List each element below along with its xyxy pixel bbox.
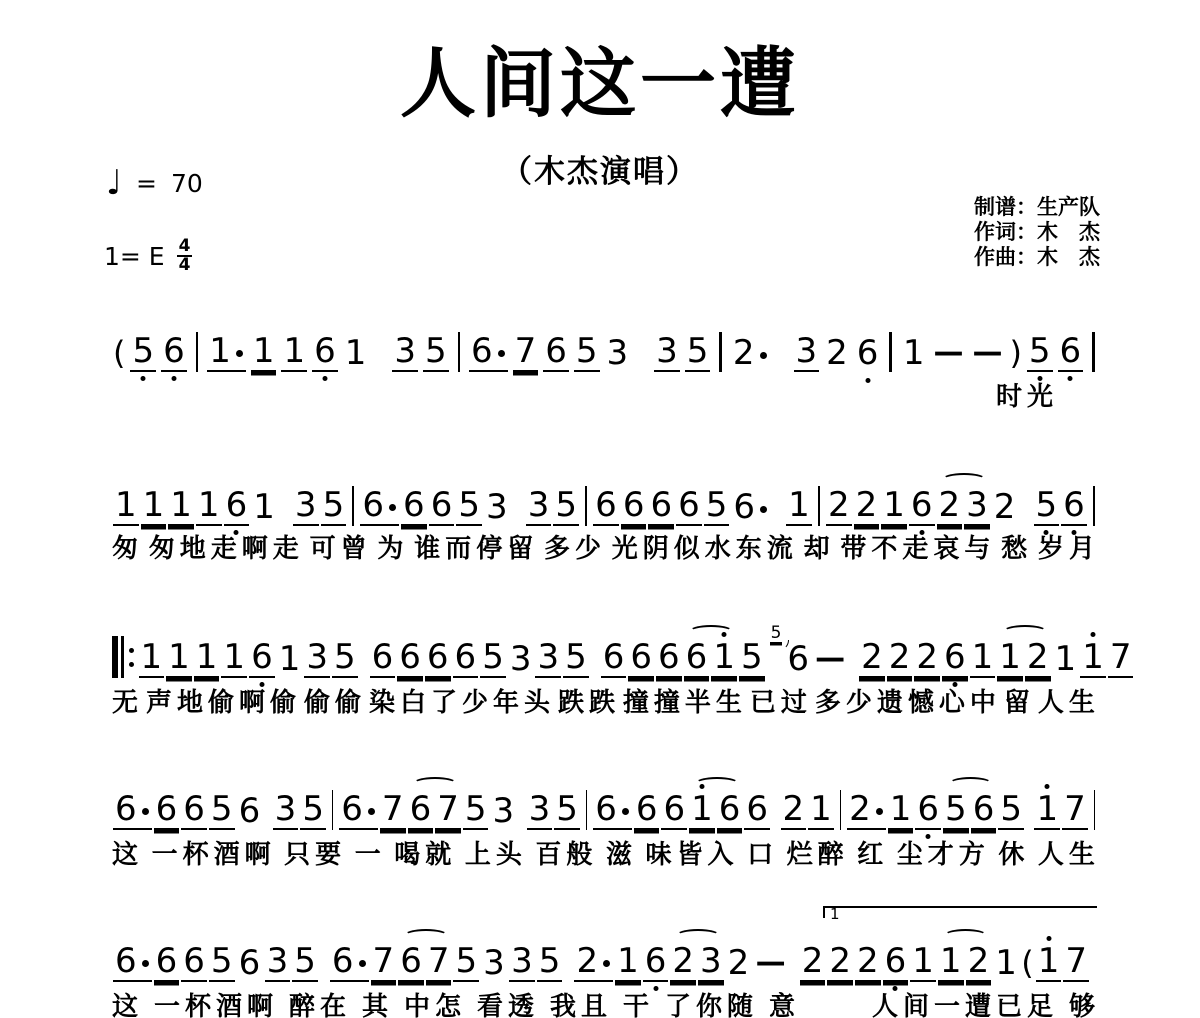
beat-gap bbox=[263, 828, 271, 830]
note: 6 bbox=[593, 790, 632, 830]
note: 6 bbox=[915, 790, 941, 830]
note: 1 bbox=[888, 790, 914, 830]
note: 6 bbox=[593, 486, 619, 526]
slur-group: 23 bbox=[669, 942, 724, 982]
lyrics-line-5: 这一杯酒啊醉在其中怎看透我且干了你随意人间一遭已足够 bbox=[112, 986, 1100, 1018]
note: 5 bbox=[480, 638, 506, 678]
note: 6 bbox=[621, 486, 647, 526]
first-ending-label: 1 bbox=[830, 906, 840, 922]
note: 6 bbox=[717, 790, 743, 830]
lyric-word: 意 bbox=[769, 986, 800, 1018]
augmentation-dot bbox=[622, 808, 629, 815]
lyric-word: 滋 bbox=[606, 834, 637, 871]
note: 3 bbox=[484, 488, 510, 526]
note: 5 bbox=[332, 638, 358, 678]
note: 6 bbox=[744, 790, 770, 830]
note: 6 bbox=[224, 486, 250, 526]
note: 2 bbox=[914, 638, 940, 678]
augmentation-dot bbox=[760, 352, 767, 359]
barline bbox=[352, 486, 354, 526]
note: 1 bbox=[970, 638, 996, 678]
note: 5 bbox=[943, 790, 969, 830]
augmentation-dot bbox=[876, 808, 883, 815]
note: 5 bbox=[300, 790, 326, 830]
slur-group: 56 bbox=[942, 790, 997, 830]
note: 6 bbox=[360, 486, 399, 526]
note: 1 bbox=[168, 486, 194, 526]
song-title: 人间这一遭 bbox=[0, 42, 1200, 126]
note: 7 bbox=[513, 332, 539, 372]
note: 6 bbox=[370, 638, 396, 678]
notation-text: ) bbox=[1008, 334, 1022, 372]
barline bbox=[458, 332, 461, 372]
credits-block: 制谱：生产队 作词：木 杰 作曲：木 杰 bbox=[974, 195, 1100, 270]
note: 6 bbox=[181, 942, 207, 982]
note: 2 bbox=[992, 488, 1018, 526]
note: 5 bbox=[563, 638, 589, 678]
beat-gap bbox=[1018, 524, 1032, 526]
repeat-start-sign bbox=[112, 636, 134, 678]
note: 2 bbox=[937, 486, 963, 526]
lyric-word: 醉在 bbox=[289, 986, 351, 1018]
note: 1 bbox=[221, 638, 247, 678]
note: 1 bbox=[207, 332, 246, 372]
lyric-word: 烂醉 bbox=[787, 834, 849, 871]
high-octave-dot bbox=[699, 784, 704, 789]
note: 1 bbox=[1036, 942, 1062, 982]
note: 5 bbox=[130, 332, 156, 372]
note: 5 bbox=[685, 332, 711, 372]
lyric-word: 匆地走啊走 bbox=[149, 528, 304, 565]
credit-composer: 作曲：木 杰 bbox=[974, 245, 1100, 270]
note: 2 bbox=[800, 942, 826, 982]
note: 3 bbox=[273, 790, 299, 830]
note: 6 bbox=[1058, 332, 1084, 372]
quarter-note-icon: ♩ bbox=[106, 168, 122, 198]
note: 2 bbox=[726, 944, 752, 982]
note: 1 bbox=[808, 790, 834, 830]
barline bbox=[1093, 486, 1095, 526]
note: 5 bbox=[463, 790, 489, 830]
lyric-word: 够 bbox=[1069, 986, 1100, 1018]
note: 6 bbox=[425, 638, 451, 678]
note: 3 bbox=[508, 640, 534, 678]
note: 2 bbox=[847, 790, 886, 830]
note: 6 bbox=[398, 942, 424, 982]
note: 6 bbox=[634, 790, 660, 830]
note: 1 bbox=[938, 942, 964, 982]
lyric-word: 匆 bbox=[112, 528, 143, 565]
lyric-word: 岁月 bbox=[1038, 528, 1100, 565]
notation-text: ( bbox=[1020, 944, 1034, 982]
lyrics-line-4: 这一杯酒啊只要一喝就上头百般滋味皆入口烂醉红尘才方休人生 bbox=[112, 834, 1100, 871]
note: 5 bbox=[1034, 486, 1060, 526]
note: 7 bbox=[1063, 942, 1089, 982]
note: 3 bbox=[392, 332, 418, 372]
note: 6 bbox=[181, 790, 207, 830]
note: 2 bbox=[670, 942, 696, 982]
note: 1 bbox=[689, 790, 715, 830]
note: 6 bbox=[237, 944, 263, 982]
lyric-word: 味皆入 bbox=[646, 834, 739, 871]
note: 6 bbox=[648, 486, 674, 526]
note: 6 bbox=[543, 332, 569, 372]
note: 3 bbox=[490, 792, 516, 830]
note: 1 bbox=[166, 638, 192, 678]
lyric-word: 声地偷啊偷 bbox=[146, 682, 301, 719]
note: 5 bbox=[453, 942, 479, 982]
augmentation-dot bbox=[498, 350, 505, 357]
note: 6 bbox=[397, 638, 423, 678]
barline bbox=[1092, 332, 1095, 372]
note: 2 bbox=[827, 942, 853, 982]
lyric-word: 多少遗憾心中 bbox=[815, 682, 1001, 719]
note: 6 bbox=[154, 790, 180, 830]
beat-gap bbox=[511, 524, 525, 526]
lyric-word: 中怎 bbox=[404, 986, 466, 1018]
augmentation-dot bbox=[603, 960, 610, 967]
note: 1 bbox=[711, 638, 737, 678]
barline bbox=[332, 790, 333, 830]
note: 5 bbox=[209, 790, 235, 830]
notation-line-4: 6665635676753356661662121656517 bbox=[112, 782, 1100, 830]
note: 6 bbox=[161, 332, 187, 372]
note: 6 bbox=[312, 332, 338, 372]
note: 1 bbox=[139, 638, 165, 678]
lyric-word: 休 bbox=[998, 834, 1029, 871]
tempo-equals: = bbox=[136, 169, 157, 198]
note: 6 bbox=[429, 486, 455, 526]
note: 7 bbox=[380, 790, 406, 830]
lyric-word: 愁 bbox=[1001, 528, 1032, 565]
lyric-word: 其 bbox=[362, 986, 393, 1018]
note: 2 bbox=[887, 638, 913, 678]
note: 6 bbox=[249, 638, 275, 678]
lyric-word: 多少 bbox=[544, 528, 606, 565]
notation-line-1: (561116135676533523261——)56 bbox=[112, 324, 1100, 372]
note: 6 bbox=[113, 942, 152, 982]
note: 5 bbox=[292, 942, 318, 982]
note: 1 bbox=[251, 332, 277, 372]
high-octave-dot bbox=[1045, 784, 1050, 789]
note: 5 bbox=[1027, 332, 1053, 372]
note: 1 bbox=[1080, 638, 1106, 678]
lyric-word: 人生 bbox=[1038, 682, 1100, 719]
note: 1 bbox=[615, 942, 641, 982]
beat-gap bbox=[1025, 828, 1033, 830]
lyric-word: 口 bbox=[747, 834, 778, 871]
note: 7 bbox=[371, 942, 397, 982]
note: 6 bbox=[628, 638, 654, 678]
note: 1 bbox=[786, 486, 812, 526]
note: 7 bbox=[1062, 790, 1088, 830]
note: 6 bbox=[676, 486, 702, 526]
slur-group: 23 bbox=[936, 486, 991, 526]
barline bbox=[818, 486, 820, 526]
note: 3 bbox=[526, 486, 552, 526]
augmentation-dot bbox=[142, 808, 149, 815]
slur-group: 12 bbox=[937, 942, 992, 982]
note: 6 bbox=[401, 486, 427, 526]
time-signature: 4 4 bbox=[177, 238, 193, 274]
note: 6 bbox=[971, 790, 997, 830]
note: 1 bbox=[141, 486, 167, 526]
note: 6 bbox=[339, 790, 378, 830]
dash-note: — bbox=[812, 640, 848, 678]
lyric-word: 只要 bbox=[284, 834, 346, 871]
note: 1 bbox=[901, 334, 927, 372]
lyric-word: 干 bbox=[623, 986, 654, 1018]
lyrics-line-3: 无声地偷啊偷偷偷染白了少年头跌跌撞撞半生已过多少遗憾心中留人生 bbox=[112, 682, 1100, 719]
note: 1 bbox=[343, 334, 369, 372]
note: 6 bbox=[731, 488, 770, 526]
lyric-word: 了你随 bbox=[665, 986, 758, 1018]
key-signature: 1= E 4 4 bbox=[104, 238, 192, 274]
credit-arranger: 制谱：生产队 bbox=[974, 195, 1100, 220]
lyric-word: 可曾 bbox=[310, 528, 372, 565]
lyric-word: 上头 bbox=[465, 834, 527, 871]
note: 3 bbox=[535, 638, 561, 678]
lyric-word: 染白了少年头 bbox=[369, 682, 555, 719]
note: 2 bbox=[859, 638, 885, 678]
note: 1 bbox=[113, 486, 139, 526]
note: 5 bbox=[574, 332, 600, 372]
note: 5 bbox=[998, 790, 1024, 830]
barline bbox=[585, 486, 587, 526]
notation-line-2: 1111613566653356666561221623256 bbox=[112, 478, 1100, 526]
note: 1 bbox=[281, 332, 307, 372]
beat-gap bbox=[372, 370, 388, 372]
lyric-word: 这 bbox=[112, 986, 143, 1018]
note: 3 bbox=[265, 942, 291, 982]
credit-lyricist: 作词：木 杰 bbox=[974, 220, 1100, 245]
lyric-word: 偷偷 bbox=[304, 682, 366, 719]
lyric-word: 时光 bbox=[996, 376, 1058, 413]
lyric-word: 留 bbox=[1004, 682, 1035, 719]
barline bbox=[719, 332, 722, 372]
note: 6 bbox=[408, 790, 434, 830]
note: 1 bbox=[194, 638, 220, 678]
note: 6 bbox=[330, 942, 369, 982]
lyric-word: 人生 bbox=[1038, 834, 1100, 871]
note: 6 bbox=[643, 942, 669, 982]
note: 2 bbox=[574, 942, 613, 982]
note: 5 bbox=[456, 486, 482, 526]
notation-line-5: 666563567675335216232—22261121(171 bbox=[112, 934, 1100, 982]
high-octave-dot bbox=[1046, 936, 1051, 941]
high-octave-dot bbox=[1091, 632, 1096, 637]
note: 3 bbox=[527, 790, 553, 830]
note: 6 bbox=[1061, 486, 1087, 526]
note: 5 bbox=[739, 638, 765, 678]
note: 5 bbox=[423, 332, 449, 372]
sheet-music-page: 人间这一遭 （木杰演唱） ♩ = 70 1= E 4 4 制谱：生产队 作词：木… bbox=[0, 0, 1200, 1018]
lyric-word: 带不走哀与 bbox=[840, 528, 995, 565]
note: 3 bbox=[654, 332, 680, 372]
note: 6 bbox=[855, 334, 881, 372]
notation-line-3: 111161356666533566661556—2226112117 bbox=[112, 630, 1100, 678]
lyric-word: 光阴似水东流 bbox=[612, 528, 798, 565]
note: 5 bbox=[553, 486, 579, 526]
note: 6 bbox=[785, 640, 811, 678]
lyric-word: 人间一遭已足 bbox=[872, 986, 1058, 1018]
lyric-word: 一杯酒啊 bbox=[154, 986, 278, 1018]
augmentation-dot bbox=[142, 960, 149, 967]
beat-gap bbox=[774, 370, 790, 372]
repeat-thick-bar bbox=[112, 636, 118, 678]
lyric-word: 喝就 bbox=[394, 834, 456, 871]
note: 1 bbox=[993, 944, 1019, 982]
slur-group: 16 bbox=[688, 790, 743, 830]
lyric-word: 百般 bbox=[535, 834, 597, 871]
first-ending-bracket: 1 bbox=[823, 906, 1097, 918]
note: 6 bbox=[684, 638, 710, 678]
beat-gap bbox=[278, 524, 292, 526]
note: 6 bbox=[237, 792, 263, 830]
lyric-word: 撞撞半生 bbox=[623, 682, 747, 719]
note: 3 bbox=[964, 486, 990, 526]
lyrics-line-2: 匆匆地走啊走可曾为谁而停留多少光阴似水东流却带不走哀与愁岁月 bbox=[112, 528, 1100, 565]
note: 6 bbox=[469, 332, 508, 372]
lyric-word: 已过 bbox=[750, 682, 812, 719]
lyric-word: 无 bbox=[112, 682, 143, 719]
note: 6 bbox=[942, 638, 968, 678]
grace-note: 5 bbox=[770, 624, 783, 643]
lyric-word: 一杯酒啊 bbox=[152, 834, 276, 871]
note: 3 bbox=[698, 942, 724, 982]
barline bbox=[196, 332, 199, 372]
note: 2 bbox=[854, 486, 880, 526]
note: 6 bbox=[601, 638, 627, 678]
augmentation-dot bbox=[359, 960, 366, 967]
note: 3 bbox=[481, 944, 507, 982]
note: 7 bbox=[435, 790, 461, 830]
high-octave-dot bbox=[722, 632, 727, 637]
note: 3 bbox=[293, 486, 319, 526]
lyric-word: 却 bbox=[804, 528, 835, 565]
note: 7 bbox=[426, 942, 452, 982]
lyric-word: 尘才方 bbox=[897, 834, 990, 871]
note: 1 bbox=[251, 488, 277, 526]
dash-note: — bbox=[930, 334, 966, 372]
note: 2 bbox=[824, 334, 850, 372]
repeat-thin-bar bbox=[121, 636, 124, 678]
note: 5 bbox=[321, 486, 347, 526]
note: 2 bbox=[826, 486, 852, 526]
beat-gap bbox=[517, 828, 525, 830]
note: 1 bbox=[1034, 790, 1060, 830]
tempo-marking: ♩ = 70 bbox=[106, 168, 203, 198]
slur-group: 67 bbox=[397, 942, 452, 982]
lyric-word: 谁而停留 bbox=[414, 528, 538, 565]
lyric-word: 为 bbox=[377, 528, 408, 565]
note: 1 bbox=[196, 486, 222, 526]
tempo-bpm: 70 bbox=[171, 169, 203, 198]
lyric-word: 跌跌 bbox=[558, 682, 620, 719]
note: 6 bbox=[883, 942, 909, 982]
note: 1 bbox=[881, 486, 907, 526]
note: 2 bbox=[966, 942, 992, 982]
lyric-word: 这 bbox=[112, 834, 143, 871]
augmentation-dot bbox=[368, 808, 375, 815]
note: 6 bbox=[661, 790, 687, 830]
note: 1 bbox=[277, 640, 303, 678]
dash-note: — bbox=[753, 944, 789, 982]
lyric-word: 一 bbox=[355, 834, 386, 871]
note: 6 bbox=[154, 942, 180, 982]
beat-gap bbox=[771, 524, 785, 526]
note: 2 bbox=[855, 942, 881, 982]
beat-gap bbox=[634, 370, 650, 372]
beat-gap bbox=[771, 828, 779, 830]
augmentation-dot bbox=[389, 504, 396, 511]
note: 6 bbox=[656, 638, 682, 678]
note: 3 bbox=[304, 638, 330, 678]
augmentation-dot bbox=[760, 506, 767, 513]
note: 2 bbox=[1025, 638, 1051, 678]
repeat-dots bbox=[129, 648, 134, 667]
barline bbox=[586, 790, 587, 830]
note: 1 bbox=[910, 942, 936, 982]
lyric-word: 我且 bbox=[550, 986, 612, 1018]
barline bbox=[1094, 790, 1095, 830]
note: 3 bbox=[605, 334, 631, 372]
lyrics-line-1: 时光 bbox=[112, 376, 1100, 413]
note: 6 bbox=[453, 638, 479, 678]
note: 7 bbox=[1108, 638, 1134, 678]
dash-note: — bbox=[969, 334, 1005, 372]
note: 5 bbox=[704, 486, 730, 526]
barline bbox=[889, 332, 892, 372]
slur-group: 12 bbox=[996, 638, 1051, 678]
note: 5 bbox=[554, 790, 580, 830]
note: 1 bbox=[997, 638, 1023, 678]
note: 2 bbox=[781, 790, 807, 830]
slur-group: 61 bbox=[683, 638, 738, 678]
note: 1 bbox=[1053, 640, 1079, 678]
lyric-word: 红 bbox=[857, 834, 888, 871]
note: 2 bbox=[731, 334, 770, 372]
key-prefix: 1= E bbox=[104, 242, 165, 271]
note: 5 bbox=[209, 942, 235, 982]
time-signature-denominator: 4 bbox=[179, 257, 191, 274]
note: 3 bbox=[509, 942, 535, 982]
note: 6 bbox=[113, 790, 152, 830]
slur-group: 67 bbox=[407, 790, 462, 830]
note: 6 bbox=[909, 486, 935, 526]
notation-text: ( bbox=[112, 334, 126, 372]
augmentation-dot bbox=[236, 350, 243, 357]
note: 3 bbox=[794, 332, 820, 372]
note: 5 bbox=[537, 942, 563, 982]
barline bbox=[840, 790, 841, 830]
lyric-word: 看透 bbox=[477, 986, 539, 1018]
